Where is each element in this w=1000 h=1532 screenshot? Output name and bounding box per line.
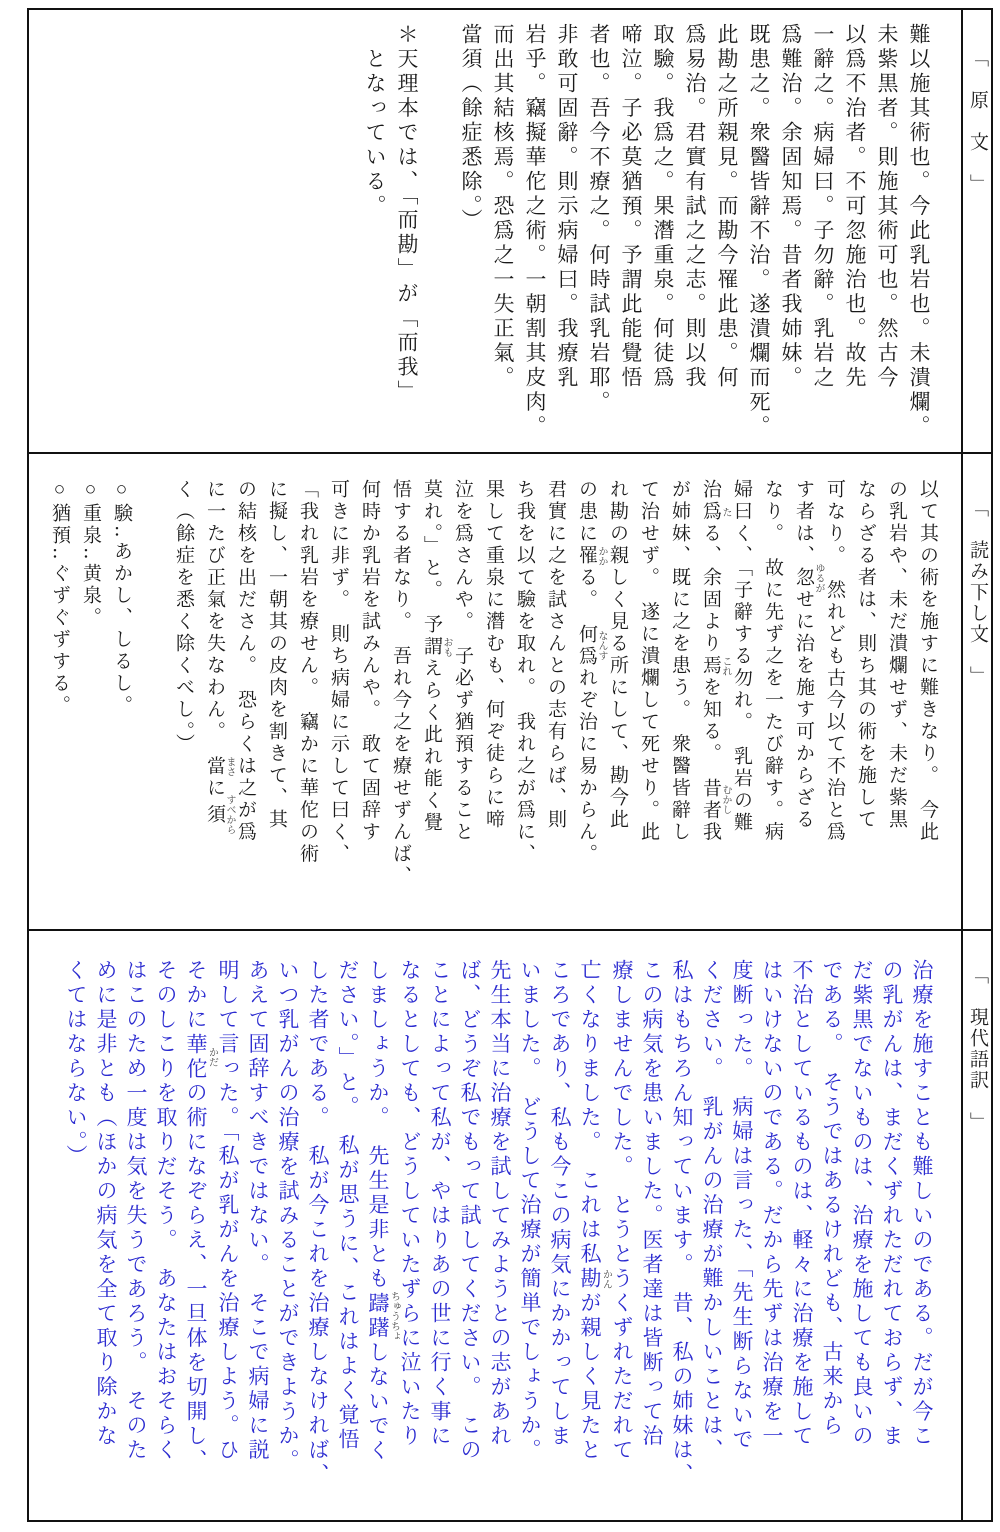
section-reading-body: 以て其の術を施すに難きなり。 今此 の乳岩や、未だ潰爛せず、未だ紫黒 ならざる者… <box>29 454 961 929</box>
section-original: 難以施其術也。今此乳岩也。未潰爛。 未紫黒者。則施其術可也。然古今 以爲不治者。… <box>29 10 991 452</box>
document-page: 難以施其術也。今此乳岩也。未潰爛。 未紫黒者。則施其術可也。然古今 以爲不治者。… <box>0 0 1000 1532</box>
section-reading: 以て其の術を施すに難きなり。 今此 の乳岩や、未だ潰爛せず、未だ紫黒 ならざる者… <box>29 452 991 929</box>
section-modern-header-label: 「 現代語訳 」 <box>961 931 991 1520</box>
document-frame: 難以施其術也。今此乳岩也。未潰爛。 未紫黒者。則施其術可也。然古今 以爲不治者。… <box>27 8 993 1522</box>
section-original-header-label: 「 原 文 」 <box>961 10 991 452</box>
section-original-body: 難以施其術也。今此乳岩也。未潰爛。 未紫黒者。則施其術可也。然古今 以爲不治者。… <box>29 10 961 452</box>
section-reading-header-label: 「 読み下し文 」 <box>961 454 991 929</box>
section-modern-body: 治療を施すことも難しいのである。だが今こ の乳がんは、まだくずれただれておらず、… <box>29 931 961 1520</box>
section-modern: 治療を施すことも難しいのである。だが今こ の乳がんは、まだくずれただれておらず、… <box>29 929 991 1520</box>
